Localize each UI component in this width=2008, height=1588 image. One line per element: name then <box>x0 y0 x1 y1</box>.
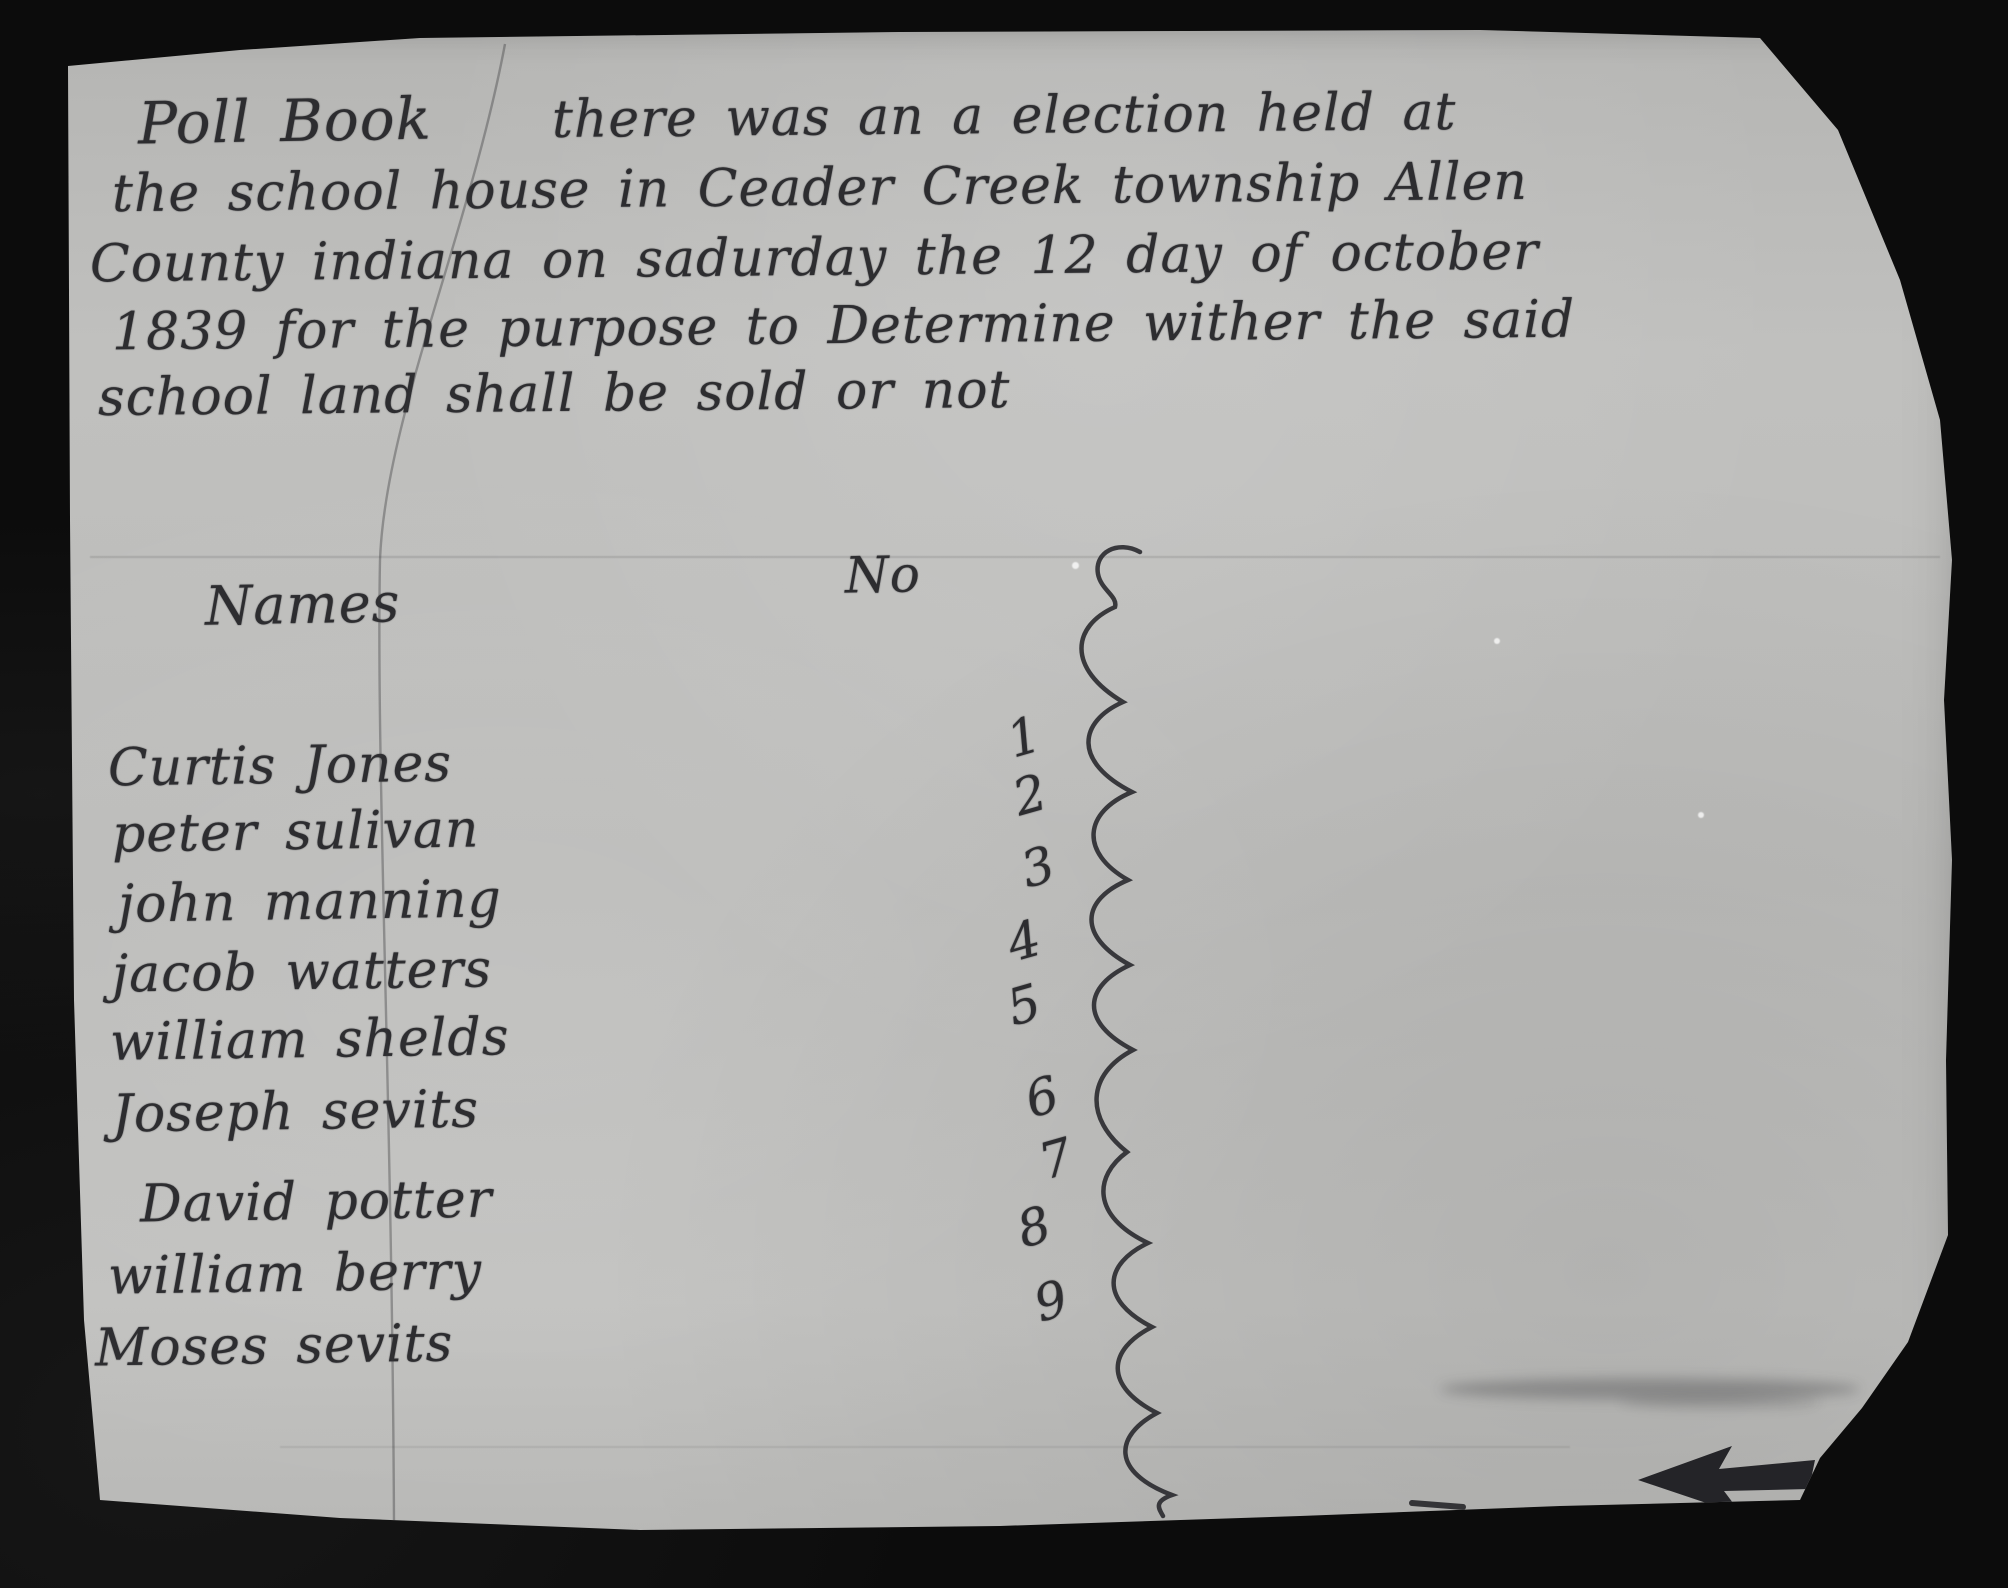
smudge-mark <box>1620 1395 1820 1409</box>
body-line-1: there was an a election held at <box>552 86 1457 146</box>
vote-number: 9 <box>1029 1272 1074 1329</box>
paper-speck <box>1698 812 1704 818</box>
vote-number: 2 <box>1008 766 1053 823</box>
scan-background: Poll Book there was an a election held a… <box>0 0 2008 1588</box>
voter-name: john manning <box>118 873 502 930</box>
voter-name: william berry <box>108 1245 483 1302</box>
body-line-5: school land shall be sold or not <box>98 364 1011 424</box>
body-line-3: County indiana on sadurday the 12 day of… <box>90 226 1539 291</box>
tally-brace-mark <box>1081 547 1172 1516</box>
vote-number: 4 <box>1002 912 1047 969</box>
vote-number: 8 <box>1012 1198 1057 1255</box>
paper-speck <box>1494 638 1500 644</box>
crease-line-horizontal <box>90 556 1940 558</box>
crease-line-horizontal-lower <box>280 1446 1570 1448</box>
paper-speck <box>1072 562 1079 569</box>
voter-name: william shelds <box>110 1011 510 1069</box>
voter-name: peter sulivan <box>112 803 480 860</box>
document-paper: Poll Book there was an a election held a… <box>0 0 2008 1588</box>
voter-name: David potter <box>140 1174 493 1231</box>
document-title: Poll Book <box>138 89 433 152</box>
vote-number: 6 <box>1020 1068 1065 1125</box>
table-header-names: Names <box>205 576 401 633</box>
voter-name: Curtis Jones <box>108 738 453 795</box>
vote-number: 3 <box>1016 838 1061 895</box>
voter-name: Joseph sevits <box>112 1083 480 1140</box>
body-line-2: the school house in Ceader Creek townshi… <box>112 156 1528 220</box>
body-line-4: 1839 for the purpose to Determine wither… <box>112 294 1576 359</box>
vote-number: 1 <box>1002 708 1047 765</box>
voter-name: jacob watters <box>112 943 493 1000</box>
dash-mark <box>1412 1503 1463 1507</box>
vote-number: 5 <box>1002 976 1047 1033</box>
voter-name: Moses sevits <box>95 1318 454 1375</box>
table-header-no: No <box>845 549 922 600</box>
arrow-mark <box>1638 1446 1815 1515</box>
vote-number: 7 <box>1034 1130 1079 1187</box>
